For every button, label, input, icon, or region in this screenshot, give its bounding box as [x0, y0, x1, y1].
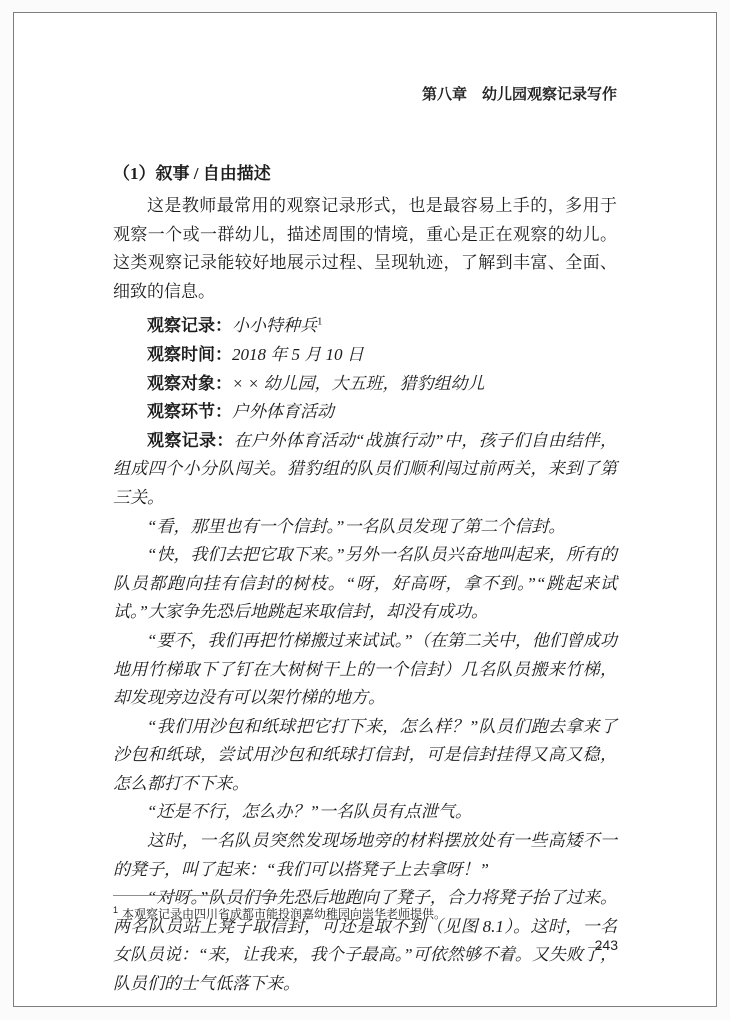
meta-value: 小小特种兵	[232, 316, 317, 335]
meta-label: 观察环节：	[147, 402, 232, 421]
record-paragraph: “还是不行，怎么办？”一名队员有点泄气。	[113, 798, 617, 827]
record-label: 观察记录：	[147, 431, 234, 450]
meta-value: 2018 年 5 月 10 日	[232, 345, 364, 364]
meta-value: × × 幼儿园，大五班，猎豹组幼儿	[232, 374, 484, 393]
page-number: 243	[595, 937, 618, 953]
footnote-reference: 1	[317, 316, 323, 328]
meta-row-subject: 观察对象：× × 幼儿园，大五班，猎豹组幼儿	[113, 370, 617, 399]
record-paragraph: 观察记录：在户外体育活动“战旗行动”中，孩子们自由结伴，组成四个小分队闯关。猎豹…	[113, 427, 617, 513]
page-content: 第八章 幼儿园观察记录写作 （1）叙事 / 自由描述 这是教师最常用的观察记录形…	[113, 85, 617, 999]
meta-value: 户外体育活动	[232, 402, 334, 421]
record-paragraph: “要不，我们再把竹梯搬过来试试。”（在第二关中，他们曾成功地用竹梯取下了钉在大树…	[113, 627, 617, 713]
record-paragraph: “我们用沙包和纸球把它打下来，怎么样？”队员们跑去拿来了沙包和纸球，尝试用沙包和…	[113, 713, 617, 799]
meta-label: 观察记录：	[147, 316, 232, 335]
footnote-marker: 1	[113, 905, 118, 915]
meta-label: 观察时间：	[147, 345, 232, 364]
footnote: 1本观察记录由四川省成都市能投润嘉幼稚园向崇华老师提供。	[113, 895, 617, 922]
footnote-body: 本观察记录由四川省成都市能投润嘉幼稚园向崇华老师提供。	[122, 907, 446, 921]
meta-row-record-title: 观察记录：小小特种兵1	[113, 312, 617, 341]
intro-paragraph: 这是教师最常用的观察记录形式，也是最容易上手的，多用于观察一个或一群幼儿，描述周…	[113, 192, 617, 306]
running-header: 第八章 幼儿园观察记录写作	[113, 85, 617, 105]
record-paragraph: “看，那里也有一个信封。”一名队员发现了第二个信封。	[113, 513, 617, 542]
observation-meta: 观察记录：小小特种兵1 观察时间：2018 年 5 月 10 日 观察对象：× …	[113, 312, 617, 426]
footnote-text: 1本观察记录由四川省成都市能投润嘉幼稚园向崇华老师提供。	[113, 902, 617, 922]
section-heading: （1）叙事 / 自由描述	[113, 162, 617, 186]
record-paragraph: “快，我们去把它取下来。”另外一名队员兴奋地叫起来，所有的队员都跑向挂有信封的树…	[113, 541, 617, 627]
footnote-divider	[113, 895, 269, 896]
meta-row-session: 观察环节：户外体育活动	[113, 398, 617, 427]
meta-label: 观察对象：	[147, 374, 232, 393]
meta-row-time: 观察时间：2018 年 5 月 10 日	[113, 341, 617, 370]
record-paragraph: 这时，一名队员突然发现场地旁的材料摆放处有一些高矮不一的凳子，叫了起来：“我们可…	[113, 827, 617, 884]
